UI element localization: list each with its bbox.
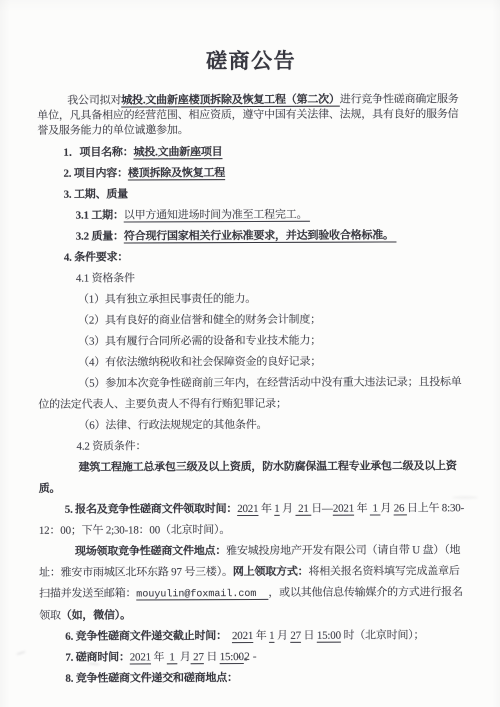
page-title: 磋商公告 [37, 46, 465, 76]
paragraph: 3.2 质量：符合现行国家相关行业标准要求，并达到验收合格标准。 [38, 225, 466, 248]
text-run: 4. 条件要求： [64, 251, 128, 263]
text-run: 2021 [232, 630, 253, 642]
text-run: 日 [301, 629, 317, 641]
text-run: 符合现行国家相关行业标准要求，并达到验收合格标准。 [124, 229, 397, 242]
text-run: mouyulin@foxmail.com [136, 589, 268, 601]
text-run: （如，微信）。 [61, 609, 131, 621]
paragraph: （2）具有良好的商业信誉和健全的财务会计制度； [38, 309, 466, 332]
text-run: 5. 报名及竞争性磋商文件领取时间： [65, 503, 237, 516]
text-run: 2. 项目内容： [63, 167, 127, 179]
page-number: - 2 - [0, 651, 494, 663]
text-run: 1 [370, 502, 380, 514]
text-run: 2021 [237, 503, 258, 515]
paragraph: 8. 竞争性磋商文件递交和磋商地点： [39, 667, 467, 690]
text-run: 15:00 [317, 629, 341, 641]
text-run: 4.1 资格条件 [76, 272, 135, 284]
text-run: 年 [354, 502, 370, 514]
text-run: 城投.文曲新座楼顶拆除及恢复工程（第二次） [121, 94, 340, 107]
paragraph: 4. 条件要求： [38, 246, 466, 269]
text-run: 年 [253, 630, 269, 642]
text-run: 城投.文曲新座项目 [133, 146, 222, 158]
text-run: 26 [394, 502, 407, 514]
text-run: 建筑工程施工总承包三级及以上资质，防水防腐保温工程专业承包二级及以上资质。 [39, 460, 457, 495]
paragraph: 1．项目名称：城投.文曲新座项目 [37, 141, 465, 164]
document-page: 磋商公告 我公司拟对城投.文曲新座楼顶拆除及恢复工程（第二次）进行竞争性磋商确定… [0, 0, 500, 707]
text-run: （4）有依法缴纳税收和社会保障资金的良好记录； [78, 355, 321, 368]
text-run: （3）具有履行合同所必需的设备和专业技术能力； [78, 334, 321, 347]
text-run: 日— [311, 502, 333, 514]
paragraph: 3. 工期、质量 [38, 183, 466, 206]
text-run: （1）具有独立承担民事责任的能力。 [78, 293, 256, 306]
document-body: 我公司拟对城投.文曲新座楼顶拆除及恢复工程（第二次）进行竞争性磋商确定服务单位，… [37, 92, 467, 689]
text-run: 以甲方通知进场时间为准至工程完工。 [124, 208, 310, 221]
paragraph: （3）具有履行合同所必需的设备和专业技术能力； [38, 330, 466, 353]
text-run: 3. 工期、质量 [64, 188, 128, 200]
text-run: 2021 [333, 502, 354, 514]
text-run: 27 [290, 629, 301, 641]
text-run: 3.2 质量： [76, 230, 124, 242]
paragraph: （6）法律、行政法规规定的其他条件。 [38, 414, 466, 437]
text-run: 我公司拟对 [67, 94, 121, 106]
text-run: 6. 竞争性磋商文件递交截止时间： [65, 630, 227, 643]
text-run: 4.2 资质条件： [77, 440, 147, 452]
text-run: 月 [280, 502, 296, 514]
paragraph: 建筑工程施工总承包三级及以上资质，防水防腐保温工程专业承包二级及以上资质。 [39, 456, 467, 500]
paragraph: 4.2 资质条件： [38, 435, 466, 458]
text-run: 年 [258, 503, 274, 515]
paragraph: 我公司拟对城投.文曲新座楼顶拆除及恢复工程（第二次）进行竞争性磋商确定服务单位，… [37, 92, 465, 139]
scan-smudge [452, 496, 478, 499]
paragraph: 2. 项目内容：楼顶拆除及恢复工程 [37, 162, 465, 185]
text-run: 3.1 工期： [76, 209, 124, 221]
text-run: 21 [295, 502, 311, 514]
text-run: 月 [274, 629, 290, 641]
text-run: 8. 竞争性磋商文件递交和磋商地点： [65, 672, 237, 685]
text-run: 时（北京时间）； [341, 629, 424, 641]
text-run: （5）参加本次竞争性磋商前三年内，在经营活动中没有重大违法记录；且投标单位的法定… [38, 376, 461, 411]
paragraph: （4）有依法缴纳税收和社会保障资金的良好记录； [38, 351, 466, 374]
paragraph: 4.1 资格条件 [38, 267, 466, 290]
paragraph: 现场领取竞争性磋商文件地点：雅安城投房地产开发有限公司（请自带 U 盘）（地址：… [39, 540, 467, 627]
paragraph: 6. 竞争性磋商文件递交截止时间： 2021 年 1 月 27 日 15:00 … [39, 625, 467, 648]
text-run: （6）法律、行政法规规定的其他条件。 [78, 419, 267, 432]
document-content: 磋商公告 我公司拟对城投.文曲新座楼顶拆除及恢复工程（第二次）进行竞争性磋商确定… [37, 46, 467, 689]
text-run: （2）具有良好的商业信誉和健全的财务会计制度； [78, 313, 321, 326]
paragraph: （1）具有独立承担民事责任的能力。 [38, 288, 466, 311]
text-run: 现场领取竞争性磋商文件地点： [75, 545, 226, 558]
text-run: 网上领取方式： [233, 565, 309, 577]
text-run: 1．项目名称： [63, 146, 133, 158]
text-run: 楼顶拆除及恢复工程 [128, 167, 225, 179]
paragraph: 3.1 工期：以甲方通知进场时间为准至工程完工。 [38, 204, 466, 227]
paragraph: （5）参加本次竞争性磋商前三年内，在经营活动中没有重大违法记录；且投标单位的法定… [38, 372, 466, 416]
paragraph: 5. 报名及竞争性磋商文件领取时间：2021 年 1 月 21 日—2021 年… [39, 498, 467, 542]
text-run: 月 [380, 502, 393, 514]
